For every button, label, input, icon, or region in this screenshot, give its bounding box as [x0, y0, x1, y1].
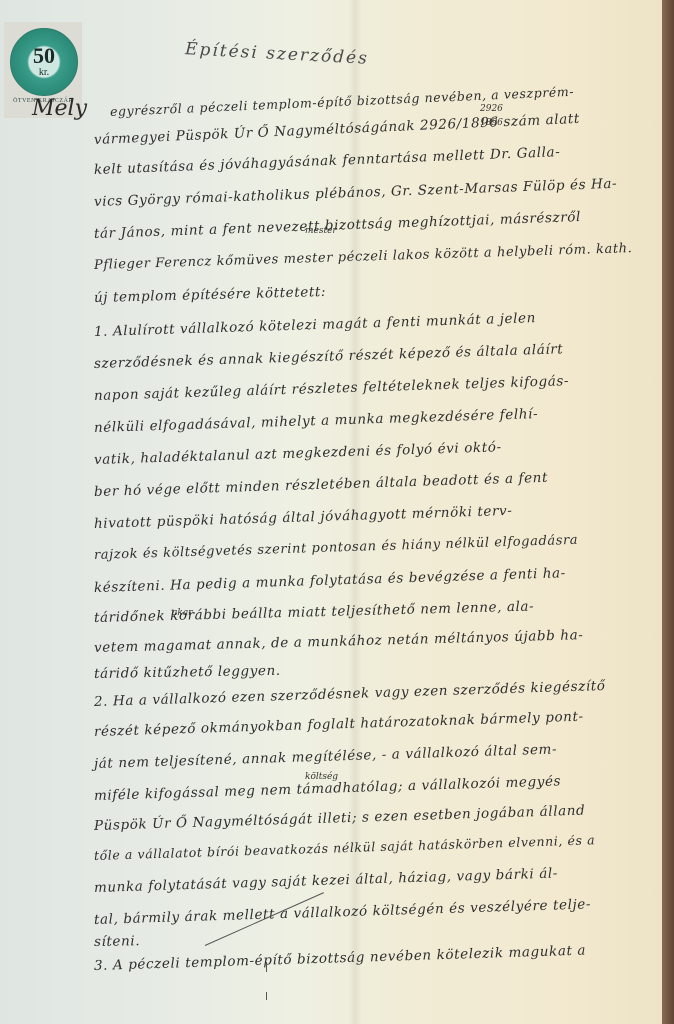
- text-line: táridő kitűzhető leggyen.: [94, 663, 281, 682]
- stamp-emblem: 50 kr.: [10, 28, 78, 96]
- stamp-value: 50: [11, 45, 77, 67]
- pencil-tick: [266, 992, 267, 1000]
- opening-word: Mely: [32, 96, 87, 121]
- pencil-tick: [266, 962, 267, 972]
- table-edge: [662, 0, 674, 1024]
- text-line: síteni.: [94, 933, 140, 950]
- number-annotation: 2926: [480, 104, 503, 114]
- stamp-unit: kr.: [11, 67, 77, 78]
